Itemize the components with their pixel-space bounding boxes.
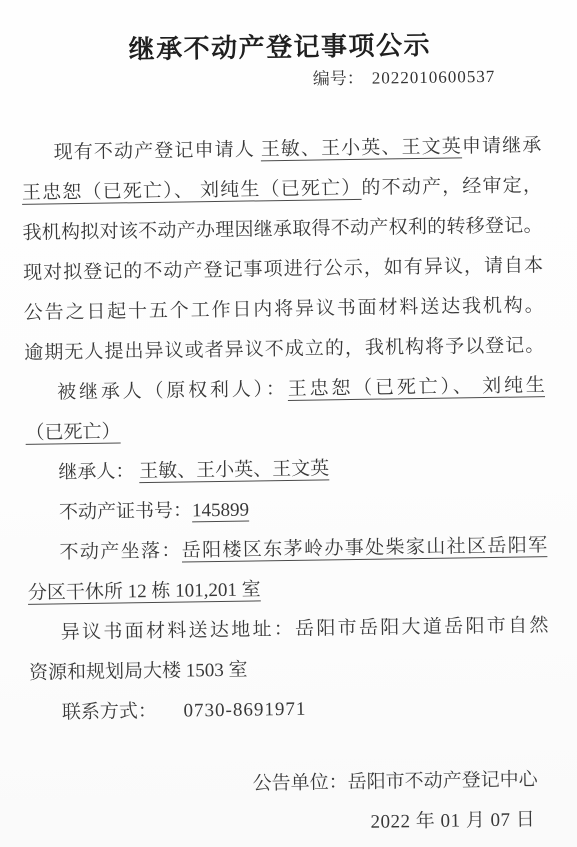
- after-decedents-text: 的不动产，经审定，: [361, 175, 542, 199]
- location-field-label: 不动产坐落：: [59, 541, 182, 564]
- objection-address-value: 岳阳市岳阳大道岳阳市自然: [295, 615, 549, 640]
- decedents-underline: 王忠恕（已死亡）、 刘纯生（已死亡）: [22, 178, 362, 204]
- notice-date: 2022 年 01 月 07 日: [370, 809, 535, 832]
- applicants-underline: 王敏、王小英、王文英: [261, 136, 463, 160]
- heir-names-underline: 王敏、王小英、王文英: [139, 458, 329, 482]
- location-field-line: 不动产坐落：岳阳楼区东茅岭办事处柴家山社区岳阳军: [27, 526, 548, 574]
- transfer-registration-text: 我机构拟对该不动产办理因继承取得不动产权利的转移登记。: [22, 215, 542, 244]
- decedent-field-line: 被继承人（原权利人）：王忠恕（已死亡）、 刘纯生: [25, 366, 546, 414]
- decedent-names-wrap-underline: （已死亡）: [25, 421, 120, 443]
- decedent-names-underline: 王忠恕（已死亡）、 刘纯生: [288, 375, 545, 400]
- cert-no-underline: 145899: [192, 500, 249, 522]
- issuer-name: 岳阳市不动产登记中心: [348, 769, 538, 793]
- doc-number-value: 2022010600537: [372, 67, 496, 88]
- overdue-text: 逾期无人提出异议或者异议不成立的，我机构将予以登记。: [24, 335, 544, 364]
- notice-footer: 公告单位：岳阳市不动产登记中心 2022 年 01 月 07 日: [30, 760, 551, 847]
- publicity-text: 现对拟登记的不动产登记事项进行公示，如有异议，请自本: [23, 255, 543, 284]
- doc-number-label: 编号：: [313, 69, 364, 89]
- location-wrap-underline: 分区干休所 12 栋 101,201 室: [28, 579, 261, 603]
- cert-no-field-label: 不动产证书号：: [59, 500, 192, 523]
- date-line: 2022 年 01 月 07 日: [31, 800, 552, 847]
- intro-text: 现有不动产登记申请人: [54, 139, 261, 163]
- contact-field-line: 联系方式：0730-8691971: [29, 686, 550, 734]
- issuer-label: 公告单位：: [253, 772, 348, 794]
- objection-period-text: 公告之日起十五个工作日内将异议书面材料送达我机构。: [24, 295, 544, 324]
- apply-inherit-text: 申请继承: [462, 135, 542, 157]
- location-underline: 岳阳楼区东茅岭办事处柴家山社区岳阳军: [182, 535, 548, 561]
- contact-phone-value: 0730-8691971: [183, 699, 306, 722]
- decedent-field-label: 被继承人（原权利人）：: [57, 379, 288, 403]
- contact-field-label: 联系方式：: [62, 701, 157, 723]
- notice-document: 继承不动产登记事项公示 编号：2022010600537 现有不动产登记申请人 …: [20, 26, 552, 847]
- objection-address-wrap-text: 资源和规划局大楼 1503 室: [29, 660, 248, 684]
- objection-address-field-line: 异议书面材料送达地址：岳阳市岳阳大道岳阳市自然: [28, 606, 549, 654]
- objection-address-label: 异议书面材料送达地址：: [61, 619, 296, 643]
- scanned-paper: 继承不动产登记事项公示 编号：2022010600537 现有不动产登记申请人 …: [0, 0, 577, 847]
- heir-field-label: 继承人：: [58, 461, 139, 483]
- notice-body: 现有不动产登记申请人 王敏、王小英、王文英申请继承 王忠恕（已死亡）、 刘纯生（…: [21, 126, 550, 734]
